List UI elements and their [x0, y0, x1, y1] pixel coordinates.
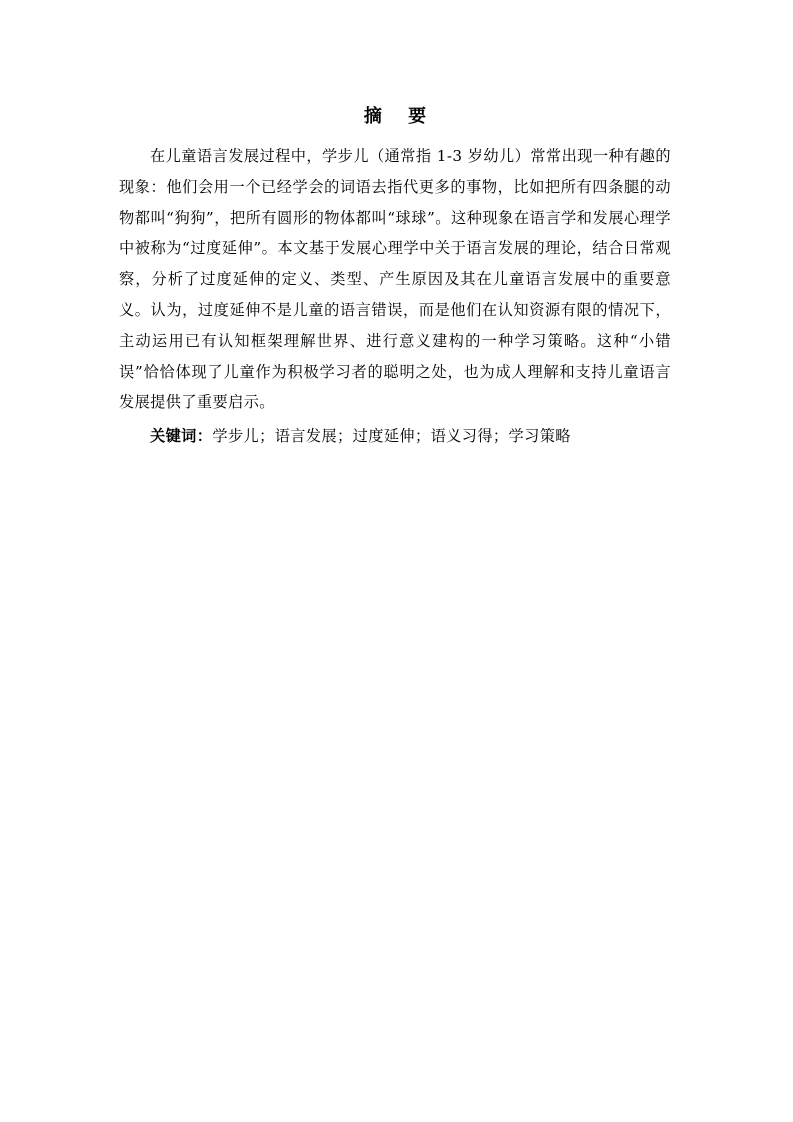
abstract-body: 在儿童语言发展过程中，学步儿（通常指 1-3 岁幼儿）常常出现一种有趣的现象：他…: [119, 141, 671, 418]
keywords-line: 关键词：学步儿；语言发展；过度延伸；语义习得；学习策略: [119, 421, 671, 452]
keywords-list: 学步儿；语言发展；过度延伸；语义习得；学习策略: [212, 427, 571, 445]
abstract-title: 摘 要: [119, 103, 671, 131]
document-page: 摘 要 在儿童语言发展过程中，学步儿（通常指 1-3 岁幼儿）常常出现一种有趣的…: [119, 103, 671, 452]
keywords-label: 关键词：: [150, 427, 212, 445]
